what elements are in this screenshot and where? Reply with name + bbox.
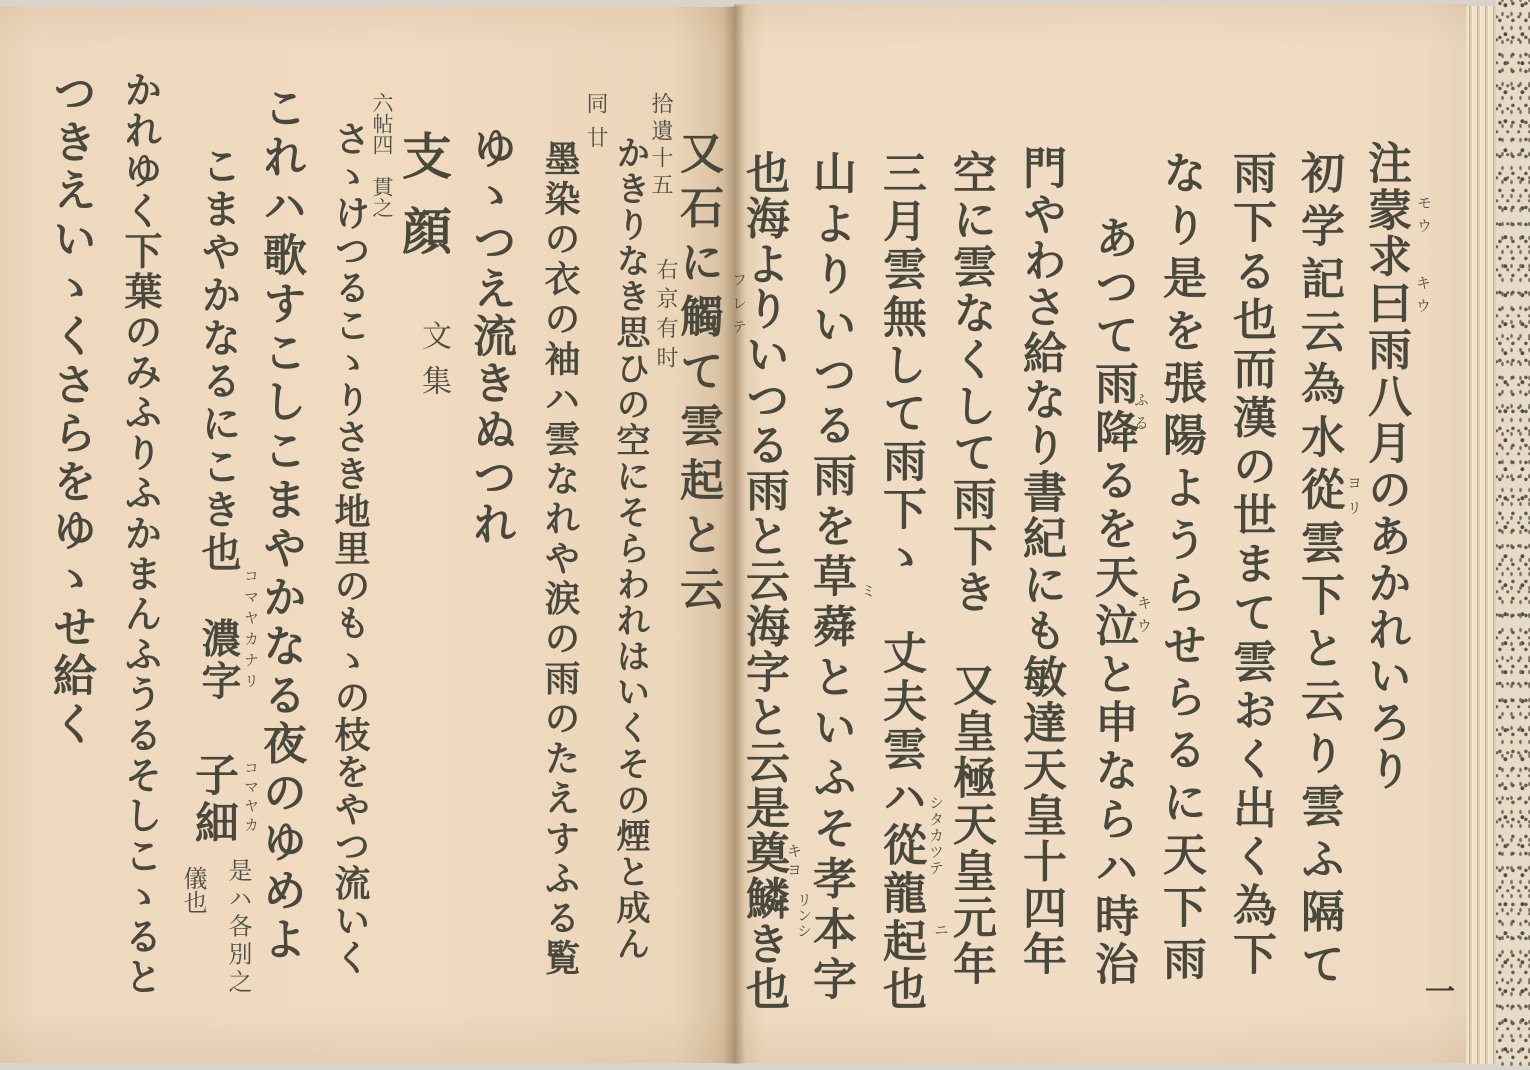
note-gi-nari: 儀也 — [181, 866, 205, 914]
note-bunshu: 文集 — [418, 320, 448, 395]
furigana-furu: ふる — [1133, 392, 1148, 430]
furigana-mou: モウ — [1416, 195, 1431, 233]
left-column-1: 又石に觸て雲起と云 — [675, 130, 719, 610]
left-column-10: かれゆく下葉のみふりふかまんふうるそしこゝると — [121, 70, 159, 995]
note-rokujo-tsurayuki: 六帖四 貫之 — [371, 92, 392, 218]
furigana-kyo: キヨ — [786, 843, 801, 877]
right-column-3: 雨下る也而漢の世まて雲おく出く為下 — [1228, 150, 1272, 975]
right-column-1: 注蒙求曰雨八月のあかれいろり — [1363, 140, 1407, 790]
furigana-mi: ミ — [860, 583, 875, 601]
right-column-7: 空に雲なくして雨下き 又皇極天皇元年 — [948, 150, 992, 985]
note-ukyo: 右京有时 — [654, 258, 676, 368]
left-column-6-poem: さゝけつるこゝりさき地里のもゝの枝をやつ流いく — [332, 120, 368, 975]
furigana-ni: ニ — [933, 922, 948, 938]
note-same-twenty: 同廿 — [584, 92, 606, 148]
left-column-8: こまやかなるにこき也 濃字 — [198, 145, 238, 700]
left-column-3-poem: 墨染の衣の袖ハ雲なれや涙の雨のたえすふる覧 — [542, 140, 578, 975]
furigana-shitagatte: シタカツテ — [928, 795, 943, 875]
right-column-9: 山よりいつる雨を草蕣といふそ孝本字 — [808, 150, 852, 1000]
furigana-furete: フレテ — [731, 272, 746, 334]
right-column-5: あつて雨降るを天泣と申ならハ時治 — [1090, 215, 1134, 985]
stacked-page-edges — [1466, 6, 1496, 1064]
furigana-yori: ヨリ — [1346, 475, 1361, 515]
furigana-tenkyu: キウ — [1136, 595, 1151, 633]
right-column-8: 三月雲無して雨下ゝ 丈夫雲ハ從龍起也 — [878, 150, 922, 1010]
note-shui-fifteen: 拾遺十五 — [649, 92, 671, 195]
book-spread-photo: 注蒙求曰雨八月のあかれいろり モウ キウ 初学記云為水從雲下と云り雲ふ隔て ヨリ… — [0, 0, 1530, 1070]
page-number: 一 — [1425, 978, 1455, 1008]
furigana-komayaka: コマヤカ — [243, 760, 258, 832]
left-column-2-poem: かきりなき思ひの空にそらわれはいくその煙と成ん — [613, 135, 647, 960]
right-column-2: 初学記云為水從雲下と云り雲ふ隔て — [1296, 150, 1340, 985]
left-column-11: つきえいゝくさらをゆゝせ給く — [48, 70, 92, 745]
furigana-kiu: キウ — [1415, 275, 1430, 313]
left-heading-shigan: 支顔 — [398, 130, 448, 255]
left-column-7: これハ歌すこしこまやかなる夜のゆめよ — [258, 85, 302, 960]
speckled-back-cover — [1496, 0, 1530, 1066]
note-kakubetsu: 是ハ各別之 — [226, 858, 250, 993]
furigana-rinshi: リンシ — [796, 892, 811, 938]
right-column-4: なり是を張陽ようらせらるに天下雨 — [1158, 150, 1202, 980]
left-term-shisai: 子細 — [190, 752, 234, 844]
right-column-6: 門やわさ給なり書紀にも敏達天皇十四年 — [1018, 145, 1062, 975]
furigana-komayakanari: コマヤカナリ — [243, 568, 258, 688]
left-column-4: ゆゝつえ流きぬつれ — [468, 125, 512, 545]
